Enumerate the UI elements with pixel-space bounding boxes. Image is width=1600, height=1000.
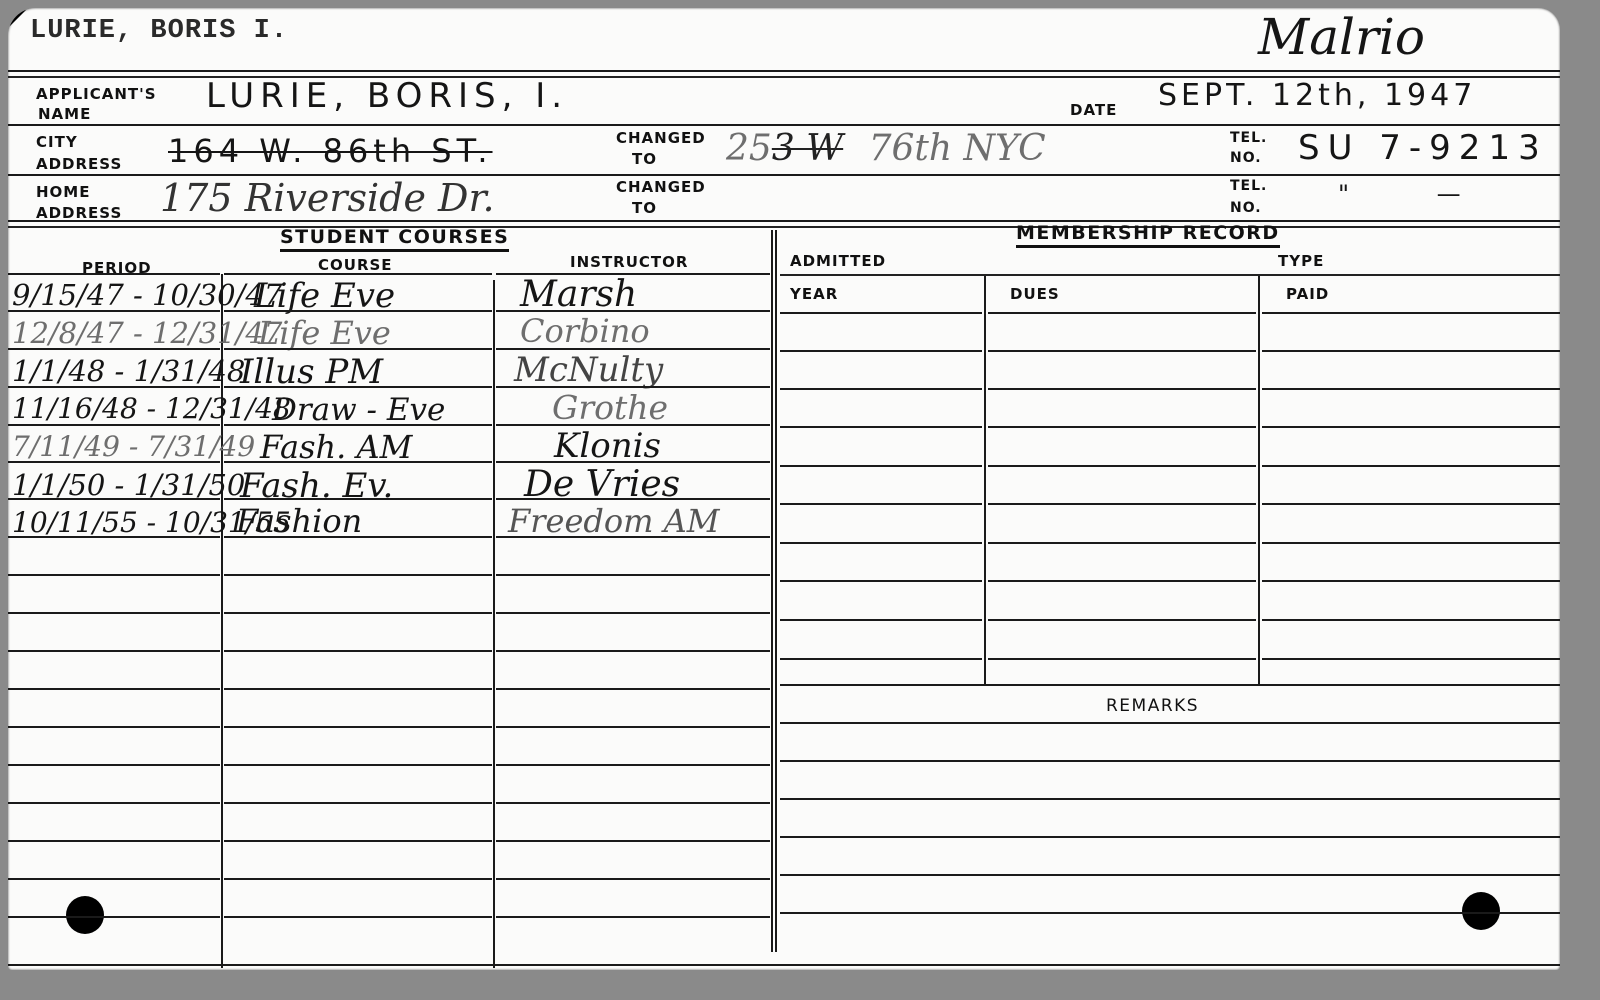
date-value: SEPT. 12th, 1947 — [1158, 78, 1476, 113]
ruled-line — [780, 798, 1560, 800]
ruled-line — [1262, 388, 1560, 390]
ruled-line — [8, 726, 220, 728]
ruled-line — [496, 802, 770, 804]
ruled-line — [1262, 312, 1560, 314]
ruled-line — [224, 498, 492, 500]
course-name: Fashion — [236, 502, 362, 540]
ruled-line — [780, 836, 1560, 838]
course-name: Draw - Eve — [272, 392, 445, 428]
ruled-line — [988, 619, 1256, 621]
signature: Malrio — [1258, 8, 1425, 66]
ruled-line — [224, 424, 492, 426]
city-changed-value-number: 25 — [726, 128, 772, 169]
course-name: Fash. Ev. — [240, 466, 393, 506]
ruled-line — [780, 874, 1560, 876]
ruled-line — [1262, 542, 1560, 544]
home-address-label-1: HOME — [36, 182, 90, 203]
applicant-name-value: LURIE, BORIS, I. — [206, 76, 568, 116]
course-instructor: Grothe — [552, 388, 668, 427]
city-changed-label-1: CHANGED — [616, 128, 706, 149]
ruled-line — [496, 424, 770, 426]
ruled-line — [8, 536, 220, 538]
ruled-line — [780, 312, 982, 314]
ruled-line — [496, 612, 770, 614]
ruled-line — [224, 310, 492, 312]
ruled-line — [496, 310, 770, 312]
ruled-line — [496, 348, 770, 350]
membership-index-card: LURIE, BORIS I. Malrio APPLICANT'S NAME … — [8, 8, 1560, 970]
ruled-line — [8, 310, 220, 312]
ruled-line — [8, 878, 220, 880]
ruled-line — [8, 424, 220, 426]
column-header-instructor: INSTRUCTOR — [570, 252, 688, 273]
ruled-line — [8, 802, 220, 804]
card-corner-cut — [8, 8, 28, 28]
home-changed-label-2: TO — [632, 198, 657, 219]
course-period: 7/11/49 - 7/31/49 — [12, 430, 255, 463]
ruled-line — [496, 536, 770, 538]
column-header-year: YEAR — [790, 284, 838, 305]
ruled-line — [224, 840, 492, 842]
ruled-line — [496, 273, 770, 275]
ruled-line — [224, 726, 492, 728]
ruled-line — [8, 386, 220, 388]
ruled-line — [780, 388, 982, 390]
ruled-line — [8, 574, 220, 576]
section-divider-vertical — [771, 230, 773, 952]
ruled-line — [988, 658, 1256, 660]
membership-header-divider — [780, 274, 1560, 276]
ruled-line — [1262, 619, 1560, 621]
column-header-period: PERIOD — [82, 258, 152, 279]
ruled-line — [780, 465, 982, 467]
ruled-line — [8, 273, 220, 275]
course-instructor: Marsh — [520, 274, 637, 315]
course-period: 12/8/47 - 12/31/47 — [12, 316, 282, 350]
ruled-line — [8, 916, 220, 918]
ruled-line — [1262, 426, 1560, 428]
date-label: DATE — [1070, 100, 1117, 121]
ruled-line — [8, 688, 220, 690]
ruled-line — [780, 580, 982, 582]
city-tel-label-2: NO. — [1230, 148, 1262, 169]
ruled-line — [988, 426, 1256, 428]
city-tel-label-1: TEL. — [1230, 128, 1267, 149]
student-courses-title: STUDENT COURSES — [280, 226, 509, 252]
ruled-line — [496, 386, 770, 388]
ruled-line — [496, 726, 770, 728]
ruled-line — [224, 612, 492, 614]
ruled-line — [224, 386, 492, 388]
city-address-label-2: ADDRESS — [36, 154, 122, 175]
course-period: 9/15/47 - 10/30/47 — [12, 278, 282, 312]
city-changed-value: 253 W 76th NYC — [726, 128, 1046, 169]
ruled-line — [988, 580, 1256, 582]
ruled-line — [780, 350, 982, 352]
course-instructor: McNulty — [514, 350, 663, 390]
course-instructor-divider — [493, 280, 495, 968]
city-changed-value-rest: 76th NYC — [869, 128, 1046, 169]
ruled-line — [496, 650, 770, 652]
home-tel-value: " — — [1338, 180, 1501, 208]
ruled-line — [8, 650, 220, 652]
ruled-line — [224, 802, 492, 804]
course-name: Life Eve — [258, 314, 391, 352]
applicant-name-label-1: APPLICANT'S — [36, 84, 157, 105]
remarks-title: REMARKS — [1106, 696, 1199, 717]
ruled-line — [780, 722, 1560, 724]
ruled-line — [780, 542, 982, 544]
header-divider — [8, 70, 1560, 72]
home-changed-label-1: CHANGED — [616, 177, 706, 198]
ruled-line — [1262, 503, 1560, 505]
city-address-value: 164 W. 86th ST. — [168, 132, 493, 170]
home-address-value: 175 Riverside Dr. — [160, 176, 495, 220]
ruled-line — [224, 764, 492, 766]
membership-record-title: MEMBERSHIP RECORD — [1016, 222, 1280, 248]
ruled-line — [780, 684, 1560, 686]
typed-name-header: LURIE, BORIS I. — [30, 16, 288, 46]
city-changed-value-struck: 3 W — [772, 128, 843, 169]
course-instructor: Klonis — [554, 426, 661, 466]
ruled-line — [224, 348, 492, 350]
ruled-line — [1262, 580, 1560, 582]
ruled-line — [224, 574, 492, 576]
ruled-line — [780, 760, 1560, 762]
ruled-line — [988, 465, 1256, 467]
ruled-line — [780, 658, 982, 660]
ruled-line — [224, 536, 492, 538]
ruled-line — [496, 840, 770, 842]
dues-paid-divider — [1258, 276, 1260, 684]
ruled-line — [988, 388, 1256, 390]
ruled-line — [988, 350, 1256, 352]
home-tel-label-1: TEL. — [1230, 176, 1267, 197]
type-label: TYPE — [1278, 251, 1324, 272]
ruled-line — [496, 461, 770, 463]
ruled-line — [224, 461, 492, 463]
column-header-paid: PAID — [1286, 284, 1329, 305]
ruled-line — [496, 688, 770, 690]
ruled-line — [224, 916, 492, 918]
ruled-line — [1262, 465, 1560, 467]
city-address-label-1: CITY — [36, 132, 78, 153]
year-dues-divider — [984, 276, 986, 684]
ruled-line — [8, 348, 220, 350]
column-header-dues: DUES — [1010, 284, 1060, 305]
card-bottom-line — [8, 964, 1560, 966]
ruled-line — [8, 840, 220, 842]
punch-hole-left — [66, 896, 104, 934]
ruled-line — [1262, 658, 1560, 660]
ruled-line — [780, 619, 982, 621]
ruled-line — [780, 426, 982, 428]
ruled-line — [224, 688, 492, 690]
ruled-line — [988, 542, 1256, 544]
admitted-label: ADMITTED — [790, 251, 886, 272]
course-instructor: Corbino — [520, 312, 650, 350]
ruled-line — [988, 312, 1256, 314]
home-tel-label-2: NO. — [1230, 198, 1262, 219]
ruled-line — [224, 650, 492, 652]
ruled-line — [8, 498, 220, 500]
ruled-line — [780, 503, 982, 505]
section-divider-vertical-inner — [775, 230, 777, 952]
ruled-line — [780, 912, 1560, 914]
ruled-line — [8, 764, 220, 766]
ruled-line — [496, 878, 770, 880]
ruled-line — [8, 612, 220, 614]
ruled-line — [1262, 350, 1560, 352]
ruled-line — [496, 574, 770, 576]
city-tel-value: SU 7-9213 — [1298, 128, 1548, 168]
section-divider — [8, 220, 1560, 222]
course-period: 1/1/50 - 1/31/50 — [12, 468, 245, 502]
ruled-line — [988, 503, 1256, 505]
applicant-name-label-2: NAME — [38, 104, 91, 125]
section-divider-inner — [8, 226, 1560, 228]
course-period: 1/1/48 - 1/31/48 — [12, 354, 245, 388]
ruled-line — [224, 273, 492, 275]
punch-hole-right — [1462, 892, 1500, 930]
ruled-line — [496, 498, 770, 500]
row-divider — [8, 124, 1560, 126]
ruled-line — [224, 878, 492, 880]
ruled-line — [496, 764, 770, 766]
course-period: 11/16/48 - 12/31/48 — [12, 392, 291, 425]
city-changed-label-2: TO — [632, 149, 657, 170]
ruled-line — [8, 461, 220, 463]
ruled-line — [496, 916, 770, 918]
course-instructor: Freedom AM — [508, 502, 720, 540]
